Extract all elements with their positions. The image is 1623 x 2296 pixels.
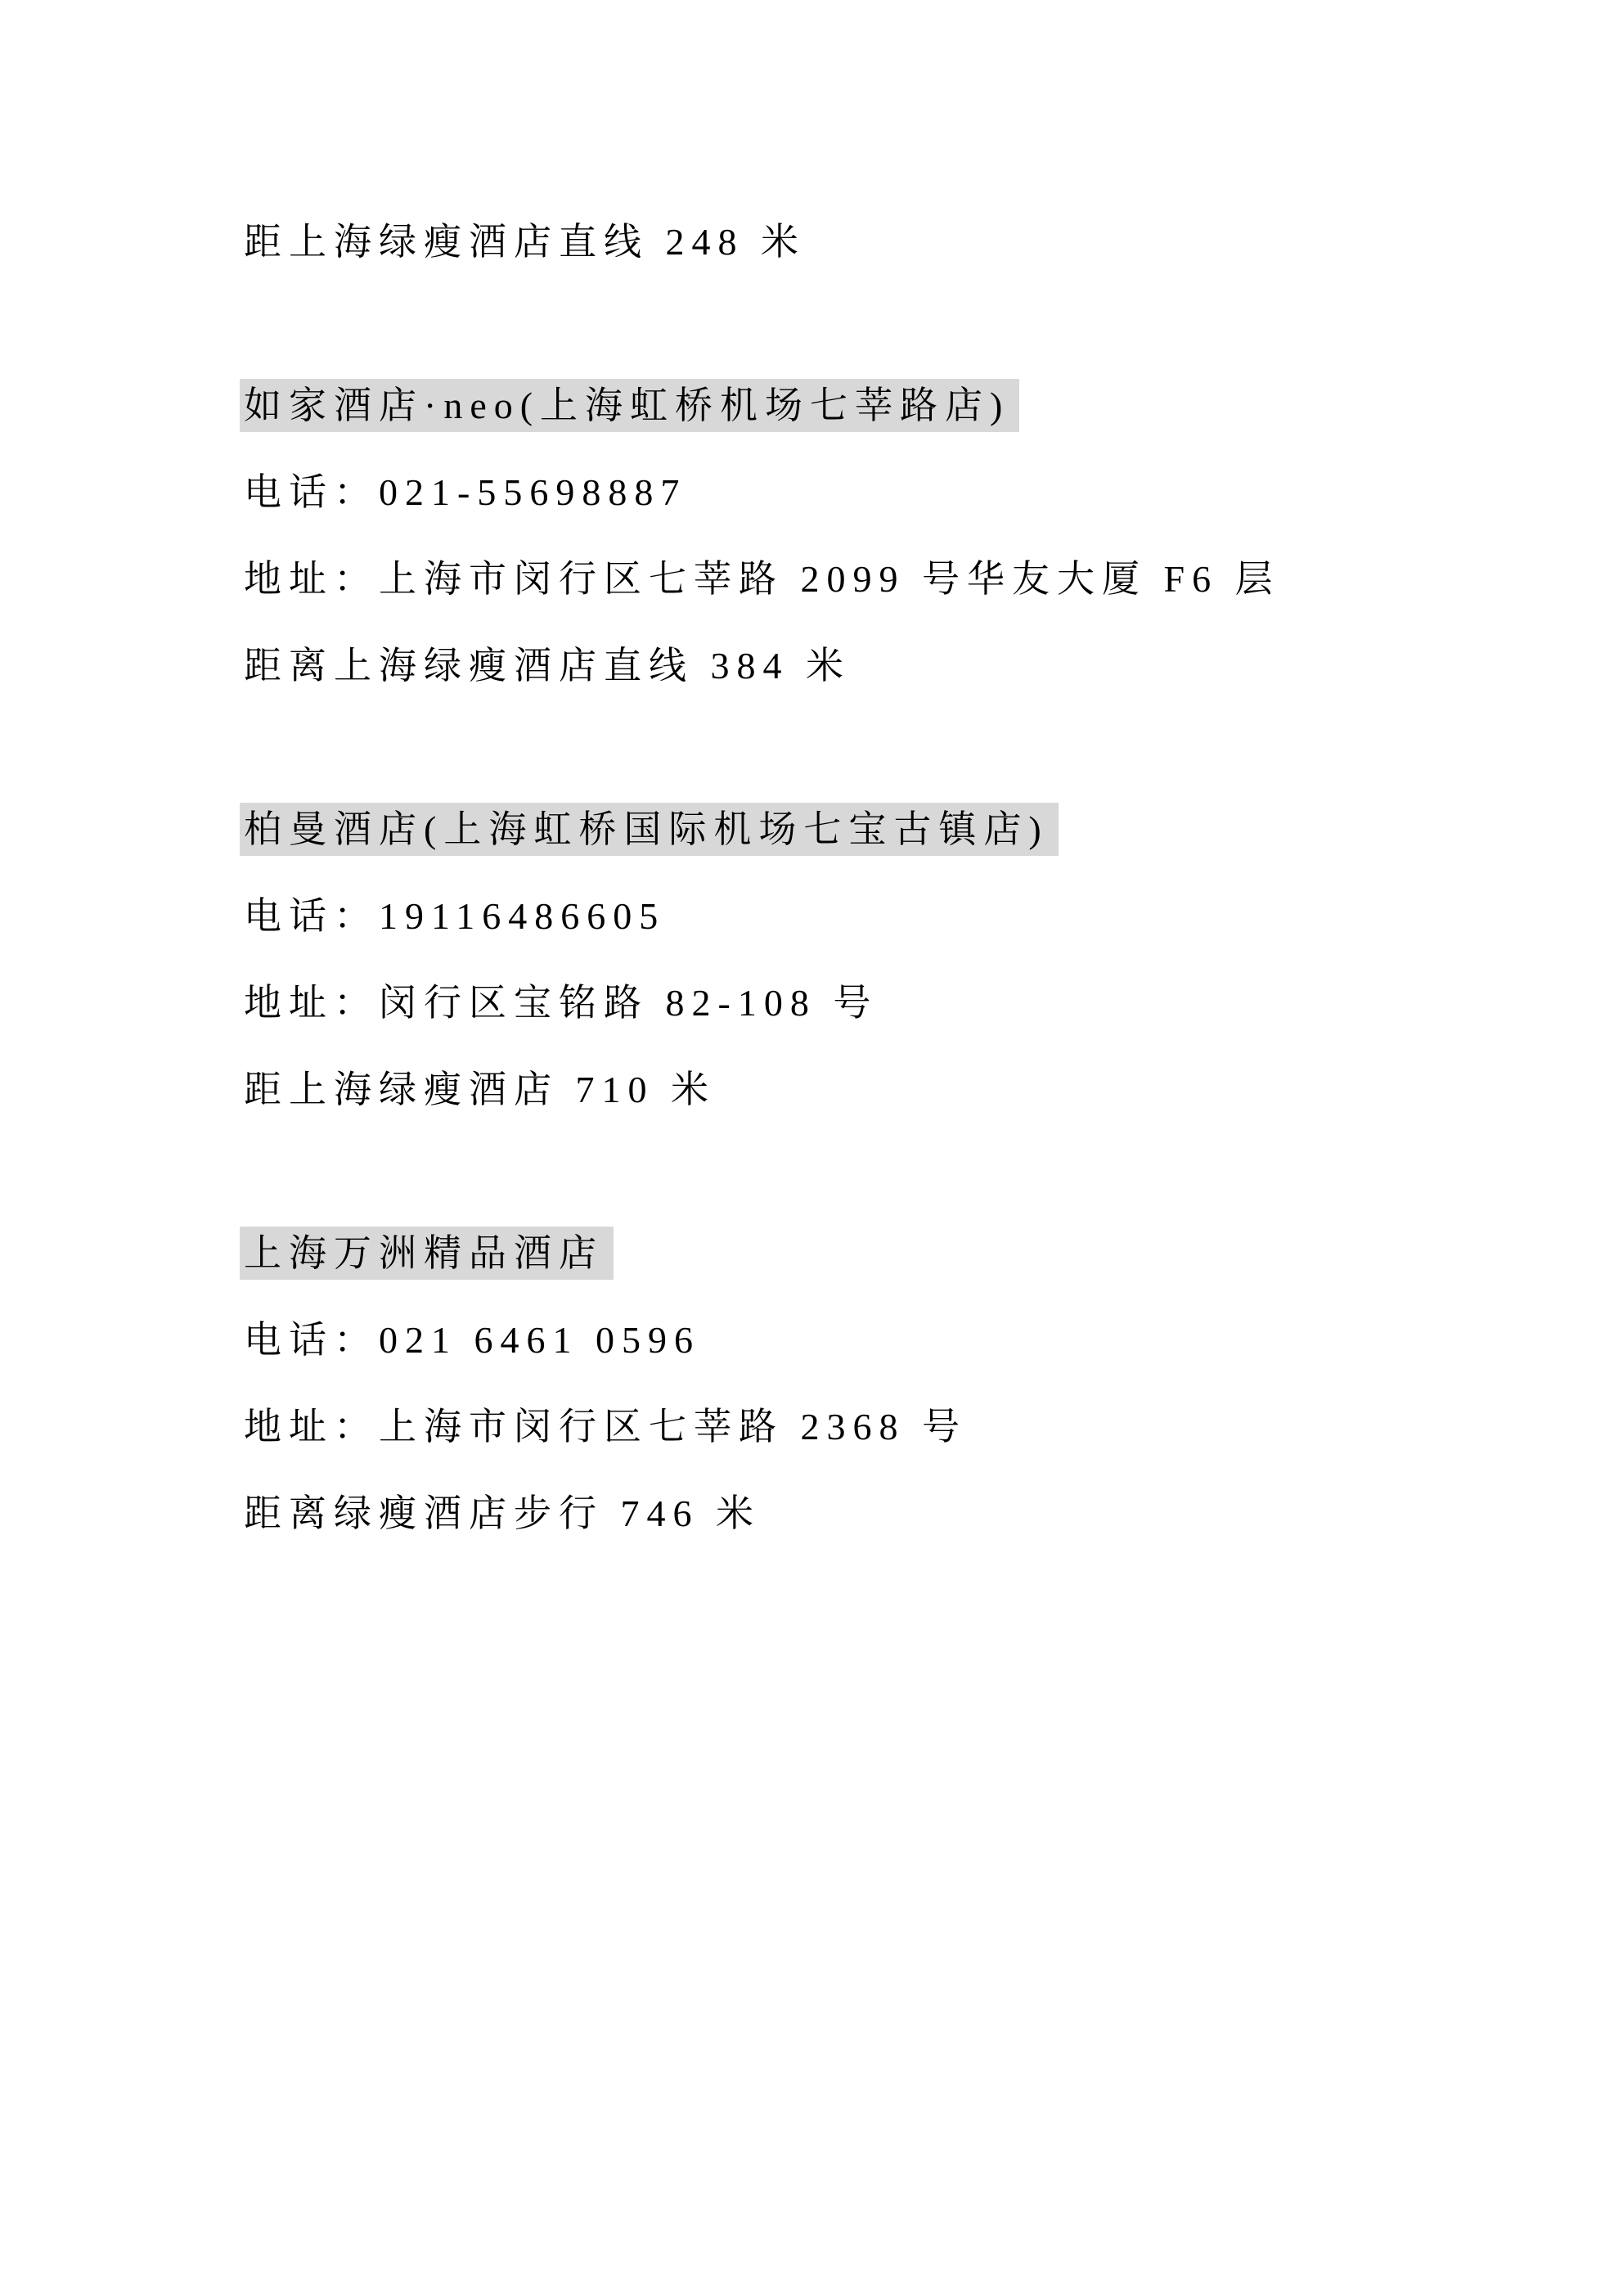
hotel-3-name-line: 上海万洲精品酒店 bbox=[244, 1210, 1520, 1297]
hotel-section-1: 如家酒店·neo(上海虹桥机场七莘路店) 电话：021-55698887 地址：… bbox=[244, 362, 1520, 709]
hotel-2-phone-line: 电话：19116486605 bbox=[244, 873, 1520, 960]
hotel-3-phone-line: 电话：021 6461 0596 bbox=[244, 1297, 1520, 1384]
hotel-2-distance-line: 距上海绿瘦酒店 710 米 bbox=[244, 1047, 1520, 1133]
hotel-3-name-heading: 上海万洲精品酒店 bbox=[240, 1227, 614, 1280]
hotel-1-phone-line: 电话：021-55698887 bbox=[244, 449, 1520, 536]
hotel-section-3: 上海万洲精品酒店 电话：021 6461 0596 地址：上海市闵行区七莘路 2… bbox=[244, 1210, 1520, 1557]
hotel-2-name-line: 柏曼酒店(上海虹桥国际机场七宝古镇店) bbox=[244, 786, 1520, 873]
hotel-2-address-line: 地址：闵行区宝铭路 82-108 号 bbox=[244, 960, 1520, 1047]
hotel-3-distance-line: 距离绿瘦酒店步行 746 米 bbox=[244, 1470, 1520, 1557]
document-page: 距上海绿瘦酒店直线 248 米 如家酒店·neo(上海虹桥机场七莘路店) 电话：… bbox=[0, 0, 1623, 2296]
document-content: 距上海绿瘦酒店直线 248 米 如家酒店·neo(上海虹桥机场七莘路店) 电话：… bbox=[244, 199, 1520, 1557]
hotel-3-address-line: 地址：上海市闵行区七莘路 2368 号 bbox=[244, 1384, 1520, 1470]
hotel-section-2: 柏曼酒店(上海虹桥国际机场七宝古镇店) 电话：19116486605 地址：闵行… bbox=[244, 786, 1520, 1133]
hotel-1-name-line: 如家酒店·neo(上海虹桥机场七莘路店) bbox=[244, 362, 1520, 449]
hotel-1-name-heading: 如家酒店·neo(上海虹桥机场七莘路店) bbox=[240, 379, 1019, 432]
hotel-2-name-heading: 柏曼酒店(上海虹桥国际机场七宝古镇店) bbox=[240, 803, 1059, 856]
intro-distance-line: 距上海绿瘦酒店直线 248 米 bbox=[244, 199, 1520, 286]
hotel-1-distance-line: 距离上海绿瘦酒店直线 384 米 bbox=[244, 623, 1520, 709]
hotel-1-address-line: 地址：上海市闵行区七莘路 2099 号华友大厦 F6 层 bbox=[244, 536, 1520, 623]
